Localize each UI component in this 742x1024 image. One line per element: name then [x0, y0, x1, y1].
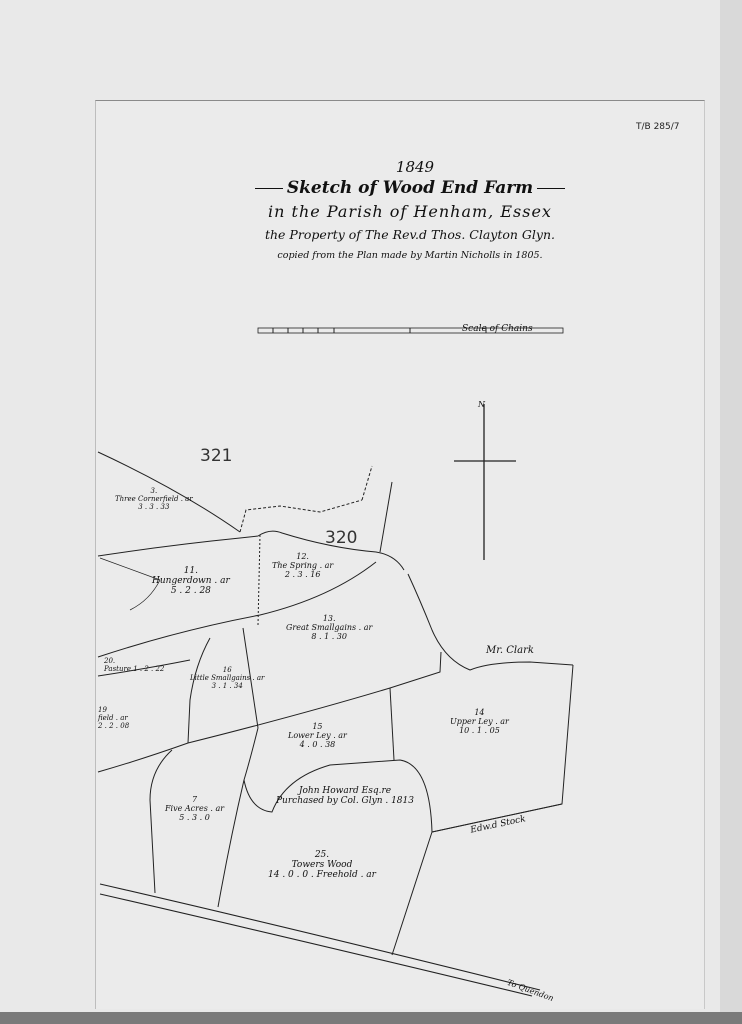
- north-label: N: [478, 400, 485, 409]
- field-20: 20. Pasture 1 . 2 . 22: [104, 657, 164, 673]
- field-7: 7 Five Acres . ar 5 . 3 . 0: [165, 795, 224, 822]
- field-14: 14 Upper Ley . ar 10 . 1 . 05: [450, 708, 509, 735]
- pencil-number-320: 320: [325, 528, 357, 548]
- howard-note: John Howard Esq.re Purchased by Col. Gly…: [276, 786, 414, 806]
- field-25: 25. Towers Wood 14 . 0 . 0 . Freehold . …: [268, 850, 376, 880]
- scale-label: Scale of Chains: [462, 324, 533, 334]
- field-13: 13. Great Smallgains . ar 8 . 1 . 30: [286, 614, 372, 641]
- field-12: 12. The Spring . ar 2 . 3 . 16: [272, 552, 333, 579]
- north-arrow-icon: [454, 404, 516, 560]
- field-19: 19 field . ar 2 . 2 . 08: [98, 706, 129, 730]
- field-3: 3. Three Cornerfield . ar 3 . 3 . 33: [115, 487, 193, 511]
- field-11: 11. Hungerdown . ar 5 . 2 . 28: [152, 566, 230, 596]
- pencil-number-321: 321: [200, 446, 232, 466]
- field-15: 15 Lower Ley . ar 4 . 0 . 38: [288, 722, 347, 749]
- field-16: 16 Little Smallgains . ar 3 . 1 . 34: [190, 666, 264, 690]
- neighbour-clark: Mr. Clark: [486, 645, 534, 656]
